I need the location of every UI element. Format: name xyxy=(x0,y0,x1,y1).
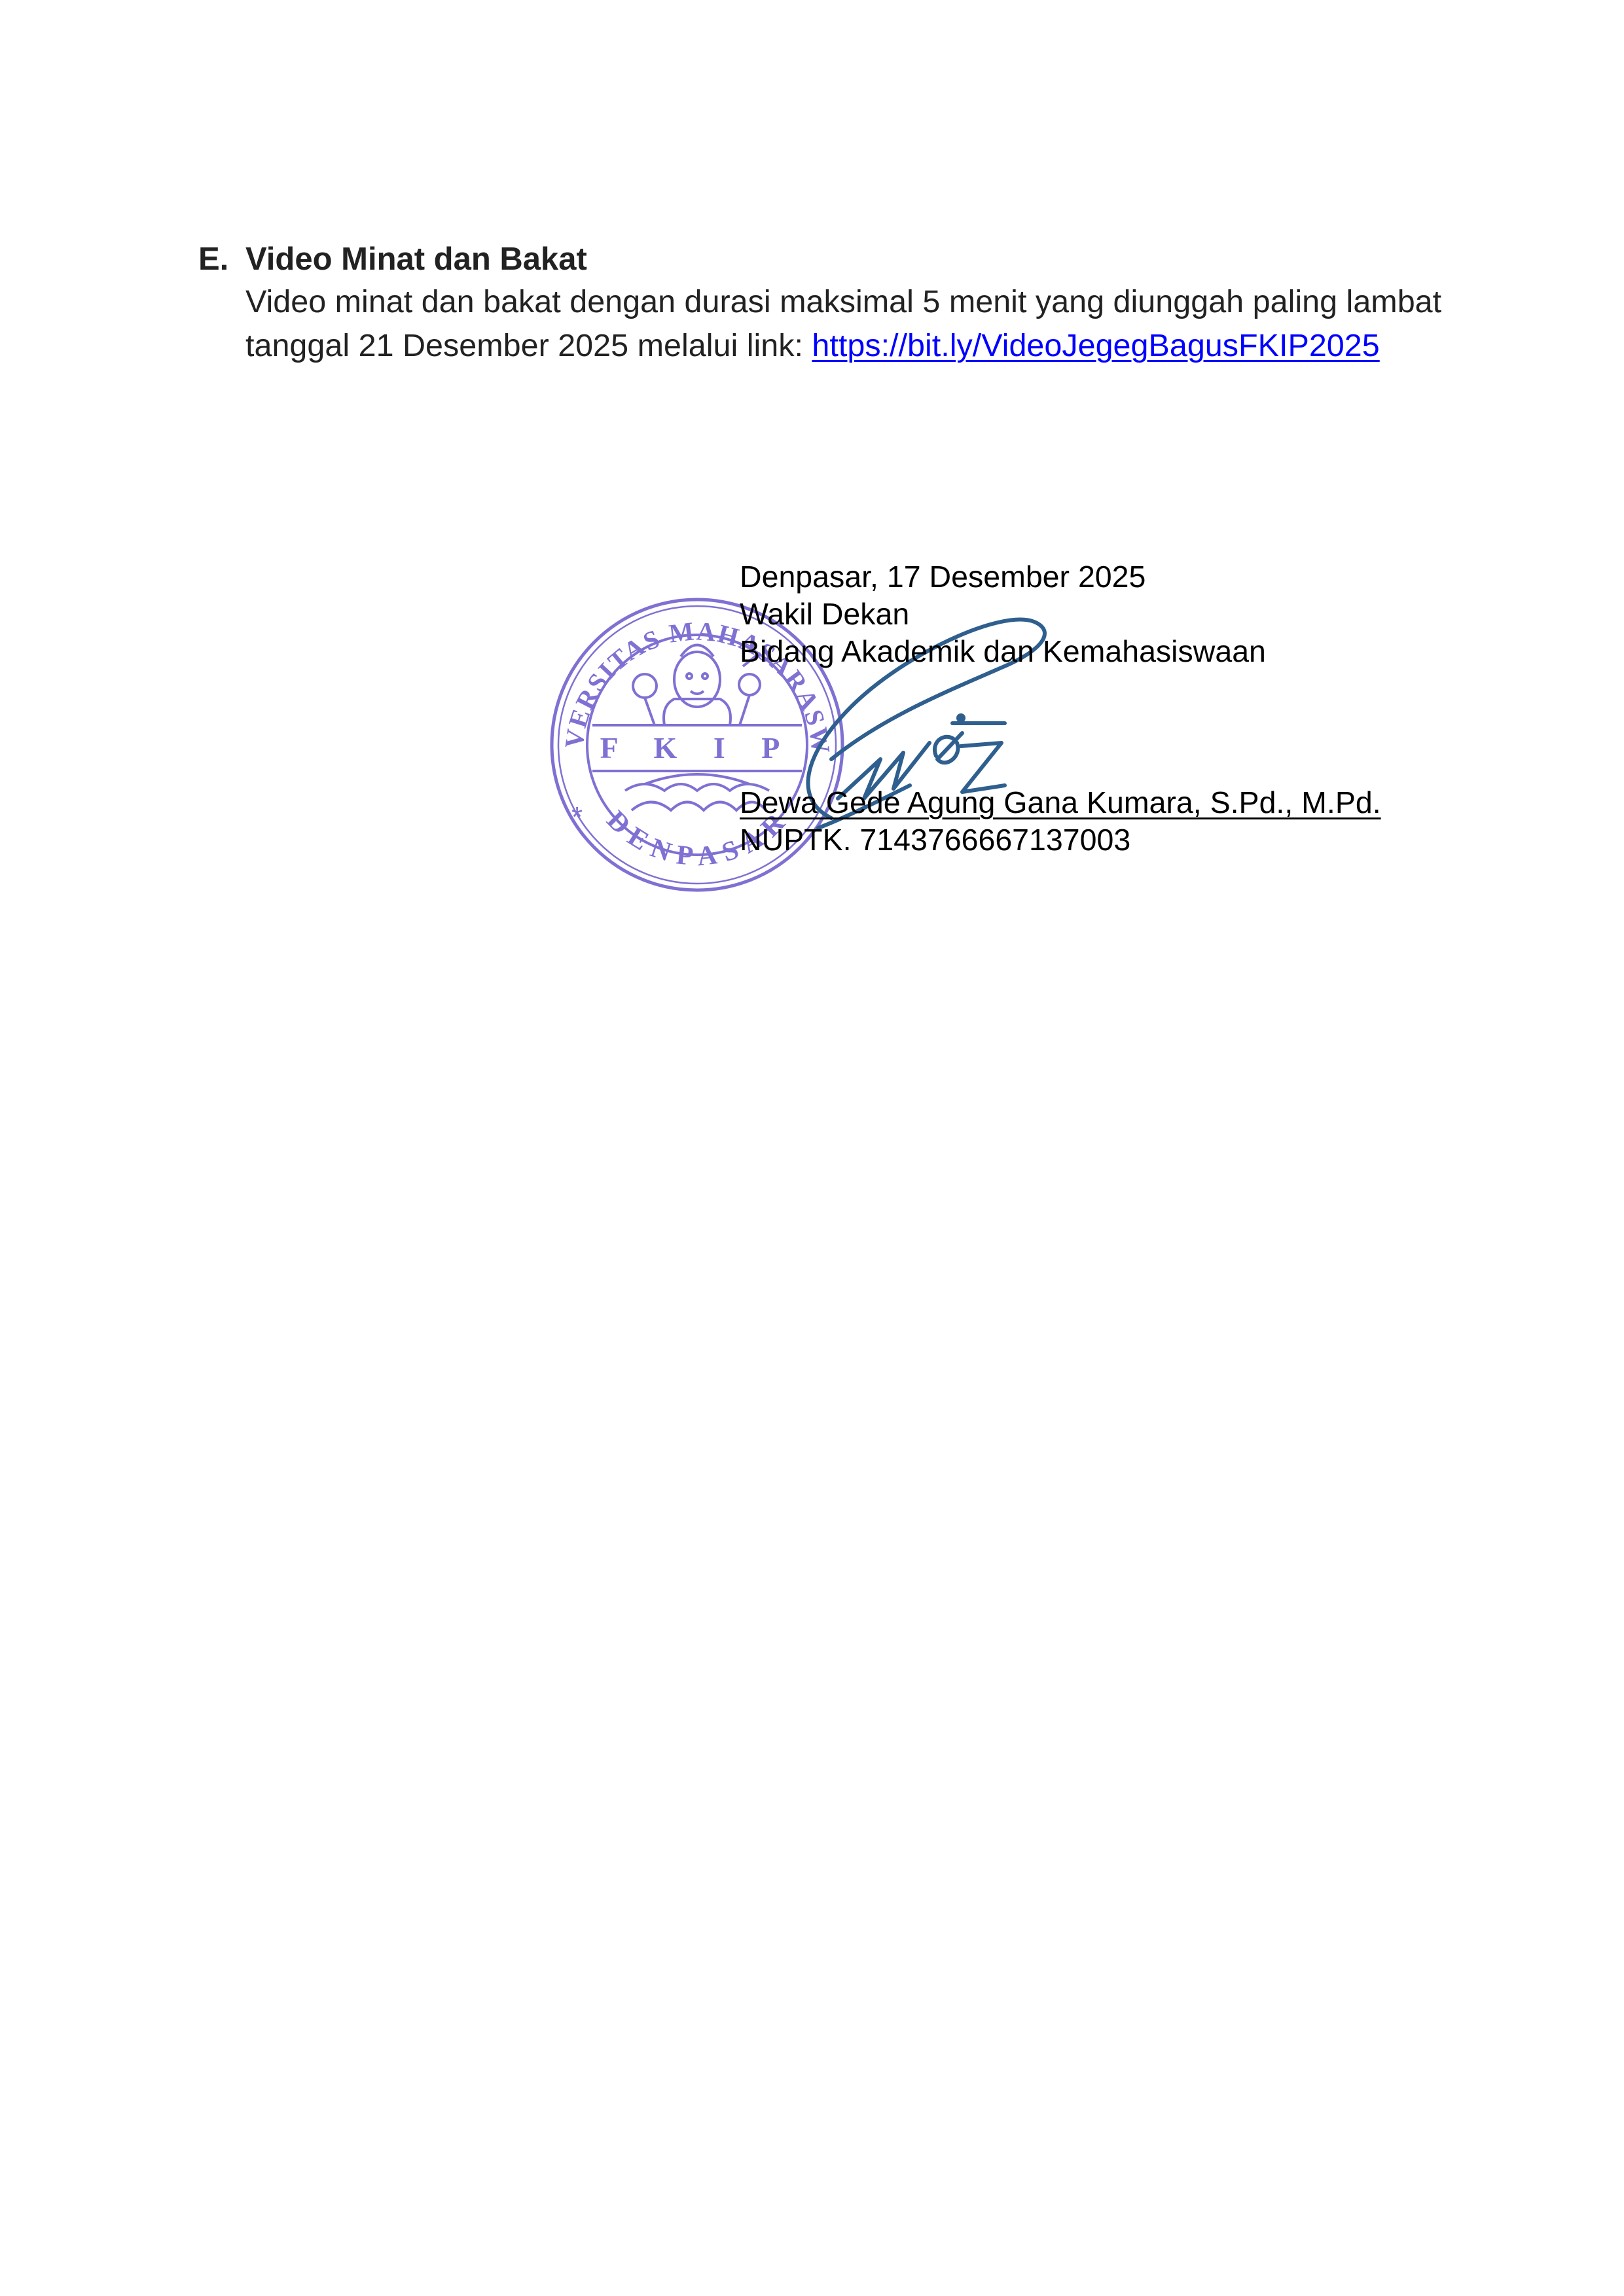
body-text-line-1: Video minat dan bakat dengan durasi maks… xyxy=(245,283,1441,320)
stamp-star-icon: * xyxy=(571,801,583,833)
video-upload-link[interactable]: https://bit.ly/VideoJegegBagusFKIP2025 xyxy=(812,328,1379,363)
signatory-id: NUPTK. 7143766667137003 xyxy=(740,822,1130,857)
section-number: E. xyxy=(198,241,228,278)
signatory-department: Bidang Akademik dan Kemahasiswaan xyxy=(740,634,1266,669)
place-date: Denpasar, 17 Desember 2025 xyxy=(740,559,1146,594)
body-text-line-2: tanggal 21 Desember 2025 melalui link: h… xyxy=(245,327,1380,364)
signatory-name: Dewa Gede Agung Gana Kumara, S.Pd., M.Pd… xyxy=(740,785,1381,820)
body-text-prefix: tanggal 21 Desember 2025 melalui link: xyxy=(245,328,812,363)
signatory-position: Wakil Dekan xyxy=(740,596,909,632)
section-title: Video Minat dan Bakat xyxy=(245,241,587,278)
